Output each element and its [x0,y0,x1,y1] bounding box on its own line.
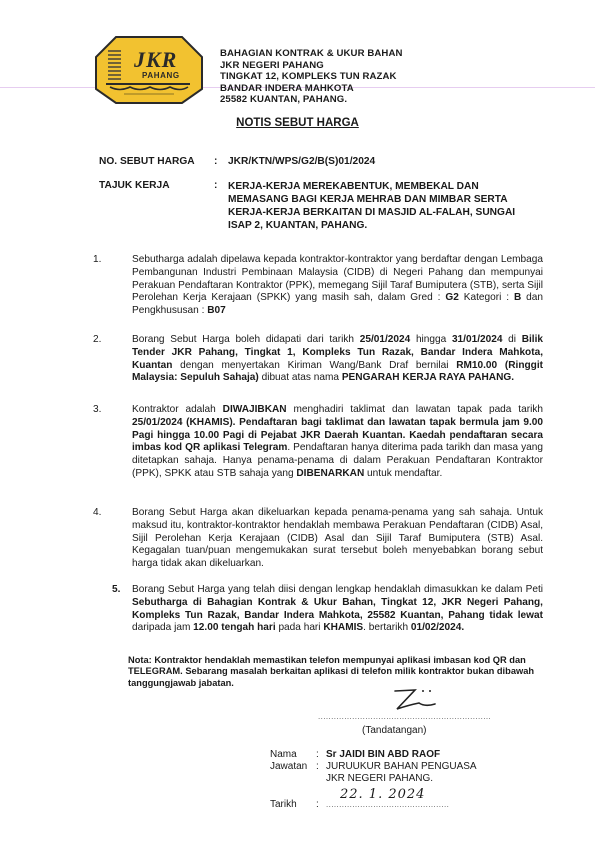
clause-number: 5. [112,584,132,635]
text-run: daripada jam [132,622,193,633]
text-run: Kontraktor adalah [132,404,223,415]
clause-number: 2. [93,334,132,385]
logo-text: JKR [134,47,177,73]
org-line: BAHAGIAN KONTRAK & UKUR BAHAN [220,48,403,60]
date-label: Tarikh [270,799,316,811]
clause-text: Borang Sebut Harga akan dikeluarkan kepa… [132,507,543,571]
bold-text-run: 25/01/2024 [360,334,411,345]
bold-text-run: 31/01/2024 [452,334,503,345]
clause-1: 1. Sebutharga adalah dipelawa kepada kon… [93,254,543,318]
text-run: menghadiri taklimat dan lawatan tapak pa… [287,404,543,415]
signature-line: ........................................… [318,712,491,721]
jkr-logo-icon: JKR PAHANG [94,35,204,105]
notice-meta: NO. SEBUT HARGA : JKR/KTN/WPS/G2/B(S)01/… [99,156,548,232]
bold-text-run: PENGARAH KERJA RAYA PAHANG. [342,372,514,383]
quotation-number-label: NO. SEBUT HARGA [99,156,199,180]
clause-5: 5. Borang Sebut Harga yang telah diisi d… [93,584,543,635]
name-label: Nama [270,749,316,761]
colon: : [316,749,322,761]
bold-text-run: G2 [445,292,458,303]
colon: : [316,761,322,773]
position-value-line2: JKR NEGERI PAHANG. [326,773,433,785]
name-value: Sr JAIDI BIN ABD RAOF [326,749,440,761]
note: Nota: Kontraktor hendaklah memastikan te… [128,655,546,689]
bold-text-run: B07 [207,305,226,316]
clause-text: Sebutharga adalah dipelawa kepada kontra… [132,254,543,318]
bold-text-run: 01/02/2024. [411,622,464,633]
clause-text: Borang Sebut Harga boleh didapati dari t… [132,334,543,385]
bold-text-run: KHAMIS [323,622,363,633]
work-title-value: KERJA-KERJA MEREKABENTUK, MEMBEKAL DAN M… [228,180,540,232]
organization-address: BAHAGIAN KONTRAK & UKUR BAHAN JKR NEGERI… [220,48,403,106]
date-row: Tarikh : ...............................… [270,799,449,811]
clause-number: 4. [93,507,132,571]
logo-subtext: PAHANG [142,71,180,80]
bold-text-run: DIBENARKAN [296,468,364,479]
text-run: Borang Sebut Harga yang telah diisi deng… [132,584,543,595]
text-run: hingga [410,334,452,345]
clause-3: 3. Kontraktor adalah DIWAJIBKAN menghadi… [93,404,543,481]
date-line: ........................................… [326,799,449,811]
bold-text-run: Sebutharga di Bahagian Kontrak & Ukur Ba… [132,597,543,621]
signature-label: (Tandatangan) [362,725,427,736]
text-run: Kategori : [459,292,514,303]
clause-text: Kontraktor adalah DIWAJIBKAN menghadiri … [132,404,543,481]
org-line: TINGKAT 12, KOMPLEKS TUN RAZAK [220,71,403,83]
notice-page: JKR PAHANG BAHAGIAN KONTRAK & UKUR BAHAN… [0,0,595,841]
org-line: JKR NEGERI PAHANG [220,60,403,72]
quotation-number-value: JKR/KTN/WPS/G2/B(S)01/2024 [228,156,548,180]
colon: : [214,156,228,180]
bold-text-run: 12.00 tengah hari [193,622,275,633]
position-label: Jawatan [270,761,316,773]
clause-number: 3. [93,404,132,481]
colon: : [214,180,228,232]
position-value: JURUUKUR BAHAN PENGUASA [326,761,477,773]
clause-number: 1. [93,254,132,318]
text-run: dengan menyertakan Kiriman Wang/Bank Dra… [172,360,456,371]
colon: : [316,799,322,811]
clause-4: 4. Borang Sebut Harga akan dikeluarkan k… [93,507,543,571]
text-run: pada hari [276,622,324,633]
signature-mark-icon [385,685,455,715]
text-run: Borang Sebut Harga akan dikeluarkan kepa… [132,507,543,569]
text-run: dibuat atas nama [259,372,342,383]
bold-text-run: DIWAJIBKAN [223,404,287,415]
work-title-label: TAJUK KERJA [99,180,214,232]
org-line: BANDAR INDERA MAHKOTA [220,83,403,95]
signatory-details: Nama : Sr JAIDI BIN ABD RAOF Jawatan : J… [270,749,477,784]
text-run: di [502,334,521,345]
clause-text: Borang Sebut Harga yang telah diisi deng… [132,584,543,635]
text-run: . bertarikh [363,622,411,633]
text-run: Borang Sebut Harga boleh didapati dari t… [132,334,360,345]
clause-2: 2. Borang Sebut Harga boleh didapati dar… [93,334,543,385]
page-title: NOTIS SEBUT HARGA [0,117,595,129]
text-run: untuk mendaftar. [364,468,442,479]
org-line: 25582 KUANTAN, PAHANG. [220,94,403,106]
